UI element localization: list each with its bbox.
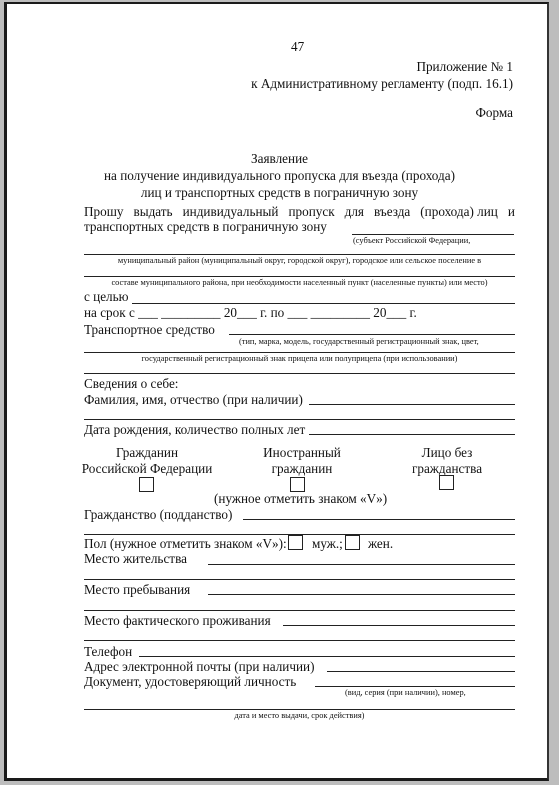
form-subtitle-1: на получение индивидуального пропуска дл… [7, 168, 552, 184]
status-stateless-checkbox[interactable] [439, 475, 454, 490]
phone-label: Телефон [84, 644, 132, 660]
sex-label: Пол (нужное отметить знаком «V»): [84, 536, 287, 552]
appendix-label: Приложение № 1 [416, 59, 513, 75]
subject-hint: (субъект Российской Федерации, [353, 236, 470, 245]
status-rf-label-2: Российской Федерации [77, 461, 217, 477]
status-rf-label-1: Гражданин [77, 445, 217, 461]
status-foreign-label-1: Иностранный [232, 445, 372, 461]
subject-field[interactable] [352, 234, 514, 235]
settlement-field[interactable] [84, 276, 515, 277]
stay-field[interactable] [208, 594, 515, 595]
regulation-ref: к Административному регламенту (подп. 16… [251, 76, 513, 92]
citizenship-field[interactable] [243, 519, 515, 520]
form-subtitle-2: лиц и транспортных средств в пограничную… [7, 185, 552, 201]
form-title: Заявление [7, 151, 552, 167]
fio-field-2[interactable] [84, 419, 515, 420]
status-hint: (нужное отметить знаком «V») [214, 491, 387, 507]
word: въезда [374, 204, 410, 220]
document-hint-2: дата и место выдачи, срок действия) [84, 711, 515, 720]
word: для [345, 204, 364, 220]
actual-residence-field[interactable] [283, 625, 515, 626]
birth-field[interactable] [309, 434, 515, 435]
trailer-field[interactable] [84, 352, 515, 353]
birth-label: Дата рождения, количество полных лет [84, 422, 305, 438]
form-label: Форма [475, 105, 513, 121]
residence-field[interactable] [208, 564, 515, 565]
status-foreign-checkbox[interactable] [290, 477, 305, 492]
sex-male-label: муж.; [312, 536, 343, 552]
document-field-2[interactable] [84, 709, 515, 710]
actual-residence-label: Место фактического проживания [84, 613, 271, 629]
actual-residence-field-2[interactable] [84, 640, 515, 641]
purpose-label: с целью [84, 289, 129, 305]
email-field[interactable] [327, 671, 515, 672]
municipal-hint: муниципальный район (муниципальный округ… [84, 256, 515, 265]
request-line-2: транспортных средств в пограничную зону [84, 219, 327, 235]
document-hint-1: (вид, серия (при наличии), номер, [345, 688, 466, 697]
vehicle-extra-field[interactable] [84, 373, 515, 374]
residence-label: Место жительства [84, 551, 187, 567]
settlement-hint: составе муниципального района, при необх… [84, 278, 515, 287]
vehicle-hint-2: государственный регистрационный знак при… [84, 354, 515, 363]
page-number: 47 [291, 39, 304, 55]
word: индивидуальный [183, 204, 279, 220]
stay-field-2[interactable] [84, 610, 515, 611]
status-rf-checkbox[interactable] [139, 477, 154, 492]
sex-female-checkbox[interactable] [345, 535, 360, 550]
vehicle-label: Транспортное средство [84, 322, 215, 338]
word: выдать [133, 204, 172, 220]
municipal-field[interactable] [84, 254, 515, 255]
word: и [508, 204, 515, 220]
word: Прошу [84, 204, 123, 220]
document-page: 47 Приложение № 1 к Административному ре… [4, 2, 549, 781]
document-label: Документ, удостоверяющий личность [84, 674, 296, 690]
email-label: Адрес электронной почты (при наличии) [84, 659, 315, 675]
fio-label: Фамилия, имя, отчество (при наличии) [84, 392, 303, 408]
vehicle-field[interactable] [229, 334, 515, 335]
document-field[interactable] [315, 686, 515, 687]
residence-field-2[interactable] [84, 579, 515, 580]
fio-field[interactable] [309, 404, 515, 405]
sex-female-label: жен. [368, 536, 393, 552]
vehicle-hint-1: (тип, марка, модель, государственный рег… [239, 337, 479, 346]
citizenship-label: Гражданство (подданство) [84, 507, 232, 523]
period-line[interactable]: на срок с ___ _________ 20___ г. по ___ … [84, 305, 417, 321]
personal-heading: Сведения о себе: [84, 376, 178, 392]
status-foreign-label-2: гражданин [232, 461, 372, 477]
phone-field[interactable] [139, 656, 515, 657]
word: пропуск [288, 204, 334, 220]
stay-label: Место пребывания [84, 582, 190, 598]
word: (прохода) лиц [420, 204, 498, 220]
request-line-1: Прошу выдать индивидуальный пропуск для … [84, 204, 515, 220]
status-stateless-label-1: Лицо без [377, 445, 517, 461]
purpose-field[interactable] [132, 303, 515, 304]
sex-male-checkbox[interactable] [288, 535, 303, 550]
